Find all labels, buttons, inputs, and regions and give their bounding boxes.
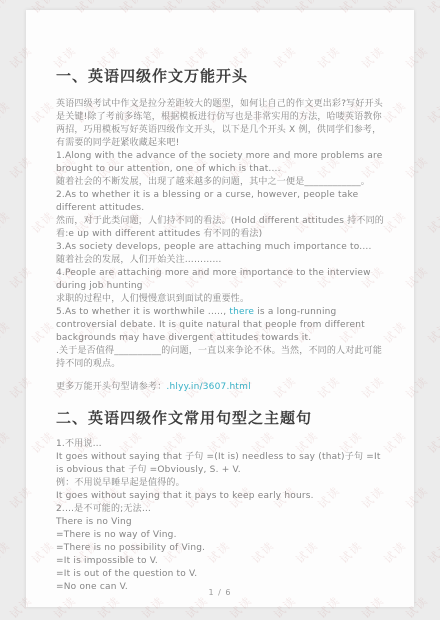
opener-item-3-cn: 随着社会的发展，人们开始关注………… <box>56 254 386 267</box>
watermark-text: 试读 <box>0 537 14 567</box>
pattern-1-title: 1.不用说… <box>56 438 386 451</box>
pattern-1-formula: It goes without saying that 子句 =(It is) … <box>56 451 386 477</box>
opener-item-3-en: 3.As society develops, people are attach… <box>56 241 386 254</box>
section-topic-sentences: 二、英语四级作文常用句型之主题句 1.不用说… It goes without … <box>56 408 386 594</box>
page-number: 1 / 6 <box>26 588 414 597</box>
watermark-text: 试读 <box>0 317 14 347</box>
watermark-text: 试读 <box>424 537 440 567</box>
more-reference-line: 更多万能开头句型请参考：.hlyy.in/3607.html <box>56 381 386 394</box>
pattern-2-line-5: =It is out of the question to V. <box>56 568 386 581</box>
page-canvas: 一、英语四级作文万能开头 英语四级考试中作文是拉分差距较大的题型，如何让自己的作… <box>0 0 440 620</box>
watermark-text: 试读 <box>0 0 14 17</box>
watermark-text: 试读 <box>424 207 440 237</box>
opener-item-4-en: 4.People are attaching more and more imp… <box>56 267 386 293</box>
more-reference-label: 更多万能开头句型请参考： <box>56 382 166 392</box>
opener-item-2-cn: 然而，对于此类问题，人们持不同的看法。(Hold different attit… <box>56 215 386 241</box>
opener-item-5-highlight: there <box>229 307 254 317</box>
reference-link[interactable]: .hlyy.in/3607.html <box>166 382 250 392</box>
opener-item-1-en: 1.Along with the advance of the society … <box>56 150 386 176</box>
opener-item-2-en: 2.As to whether it is a blessing or a cu… <box>56 189 386 215</box>
pattern-1-example-en: It goes without saying that it pays to k… <box>56 490 386 503</box>
pattern-2-line-3: =There is no possibility of Ving. <box>56 542 386 555</box>
pattern-2-line-2: =There is no way of Ving. <box>56 529 386 542</box>
watermark-text: 试读 <box>424 0 440 17</box>
opener-item-5-text-before: 5.As to whether it is worthwhile ....., <box>56 307 229 317</box>
opener-item-4-cn: 求职的过程中，人们慢慢意识到面试的重要性。 <box>56 293 386 306</box>
pattern-2-line-1: There is no Ving <box>56 516 386 529</box>
section-openers: 一、英语四级作文万能开头 英语四级考试中作文是拉分差距较大的题型，如何让自己的作… <box>56 66 386 394</box>
section-1-heading: 一、英语四级作文万能开头 <box>56 66 386 86</box>
watermark-text: 试读 <box>0 97 14 127</box>
watermark-text: 试读 <box>0 427 14 457</box>
document-sheet: 一、英语四级作文万能开头 英语四级考试中作文是拉分差距较大的题型，如何让自己的作… <box>26 10 414 607</box>
watermark-text: 试读 <box>424 317 440 347</box>
pattern-2-line-4: =It is impossible to V. <box>56 555 386 568</box>
opener-item-5-cn: .关于是否值得__________的问题，一直以来争论不休。当然，不同的人对此可… <box>56 345 386 371</box>
section-2-heading: 二、英语四级作文常用句型之主题句 <box>56 408 386 428</box>
watermark-text: 试读 <box>424 97 440 127</box>
watermark-text: 试读 <box>0 207 14 237</box>
opener-item-5-en: 5.As to whether it is worthwhile ....., … <box>56 306 386 345</box>
watermark-text: 试读 <box>424 427 440 457</box>
pattern-1-example-cn: 例：不用说早睡早起是值得的。 <box>56 477 386 490</box>
intro-paragraph: 英语四级考试中作文是拉分差距较大的题型，如何让自己的作文更出彩?写好开头是关键!… <box>56 98 386 150</box>
pattern-2-title: 2.…是不可能的;无法… <box>56 503 386 516</box>
opener-item-1-cn: 随着社会的不断发展，出现了越来越多的问题，其中之一便是____________。 <box>56 176 386 189</box>
